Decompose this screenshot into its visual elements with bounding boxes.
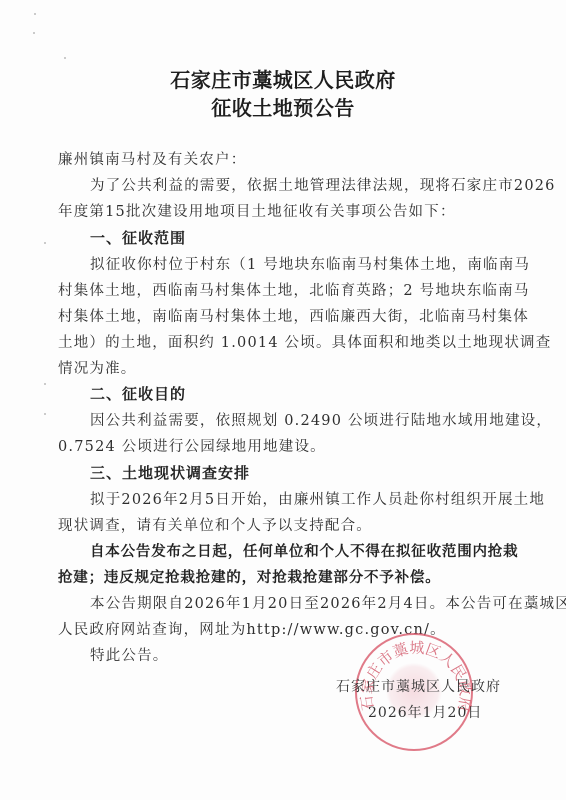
section1-line-1: 拟征收你村位于村东（1 号地块东临南马村集体土地，南临南马 <box>90 253 530 274</box>
scan-speck <box>34 13 36 15</box>
closing-line: 特此公告。 <box>90 644 169 665</box>
section2-line-1: 因公共利益需要，依照规划 0.2490 公顷进行陆地水域用地建设， <box>90 409 552 430</box>
period-line-1: 本公告期限自2026年1月20日至2026年2月4日。本公告可在藁城区 <box>90 592 566 613</box>
section1-line-5: 情况为准。 <box>58 357 137 378</box>
section3-heading: 三、土地现状调查安排 <box>90 462 250 483</box>
intro-line-2: 年度第15批次建设用地项目土地征收有关事项公告如下： <box>58 200 456 221</box>
section1-heading: 一、征收范围 <box>90 227 186 248</box>
signature-org: 石家庄市藁城区人民政府 <box>336 676 501 696</box>
scan-speck <box>64 57 66 59</box>
signature-date: 2026年1月20日 <box>368 702 482 722</box>
scan-speck <box>44 383 46 385</box>
document-page: 石家庄市藁城区人民政府 征收土地预公告 廉州镇南马村及有关农户： 为了公共利益的… <box>0 0 566 800</box>
intro-line-1: 为了公共利益的需要，依据土地管理法律法规，现将石家庄市2026 <box>90 174 556 195</box>
document-title-line2: 征收土地预公告 <box>0 92 566 121</box>
section3-line-2: 现状调查，请有关单位和个人予以支持配合。 <box>58 514 372 535</box>
warning-line-2: 抢建；违反规定抢栽抢建的，对抢栽抢建部分不予补偿。 <box>58 566 441 587</box>
section3-line-1: 拟于2026年2月5日开始，由廉州镇工作人员赴你村组织开展土地 <box>90 488 545 509</box>
salutation: 廉州镇南马村及有关农户： <box>58 148 246 169</box>
section1-line-3: 村集体土地，南临南马村集体土地，西临廉西大街，北临南马村集体 <box>58 305 529 326</box>
section2-line-2: 0.7524 公顷进行公园绿地用地建设。 <box>58 435 326 456</box>
section2-heading: 二、征收目的 <box>90 383 186 404</box>
scan-speck <box>33 32 35 34</box>
section1-line-2: 村集体土地，西临南马村集体土地，北临育英路；2 号地块东临南马 <box>58 279 530 300</box>
section1-line-4: 土地）的土地，面积约 1.0014 公顷。具体面积和地类以土地现状调查 <box>58 331 551 352</box>
scan-speck <box>44 242 46 244</box>
scan-speck <box>44 413 46 415</box>
document-title-line1: 石家庄市藁城区人民政府 <box>0 64 566 93</box>
warning-line-1: 自本公告发布之日起，任何单位和个人不得在拟征收范围内抢栽 <box>90 540 518 561</box>
